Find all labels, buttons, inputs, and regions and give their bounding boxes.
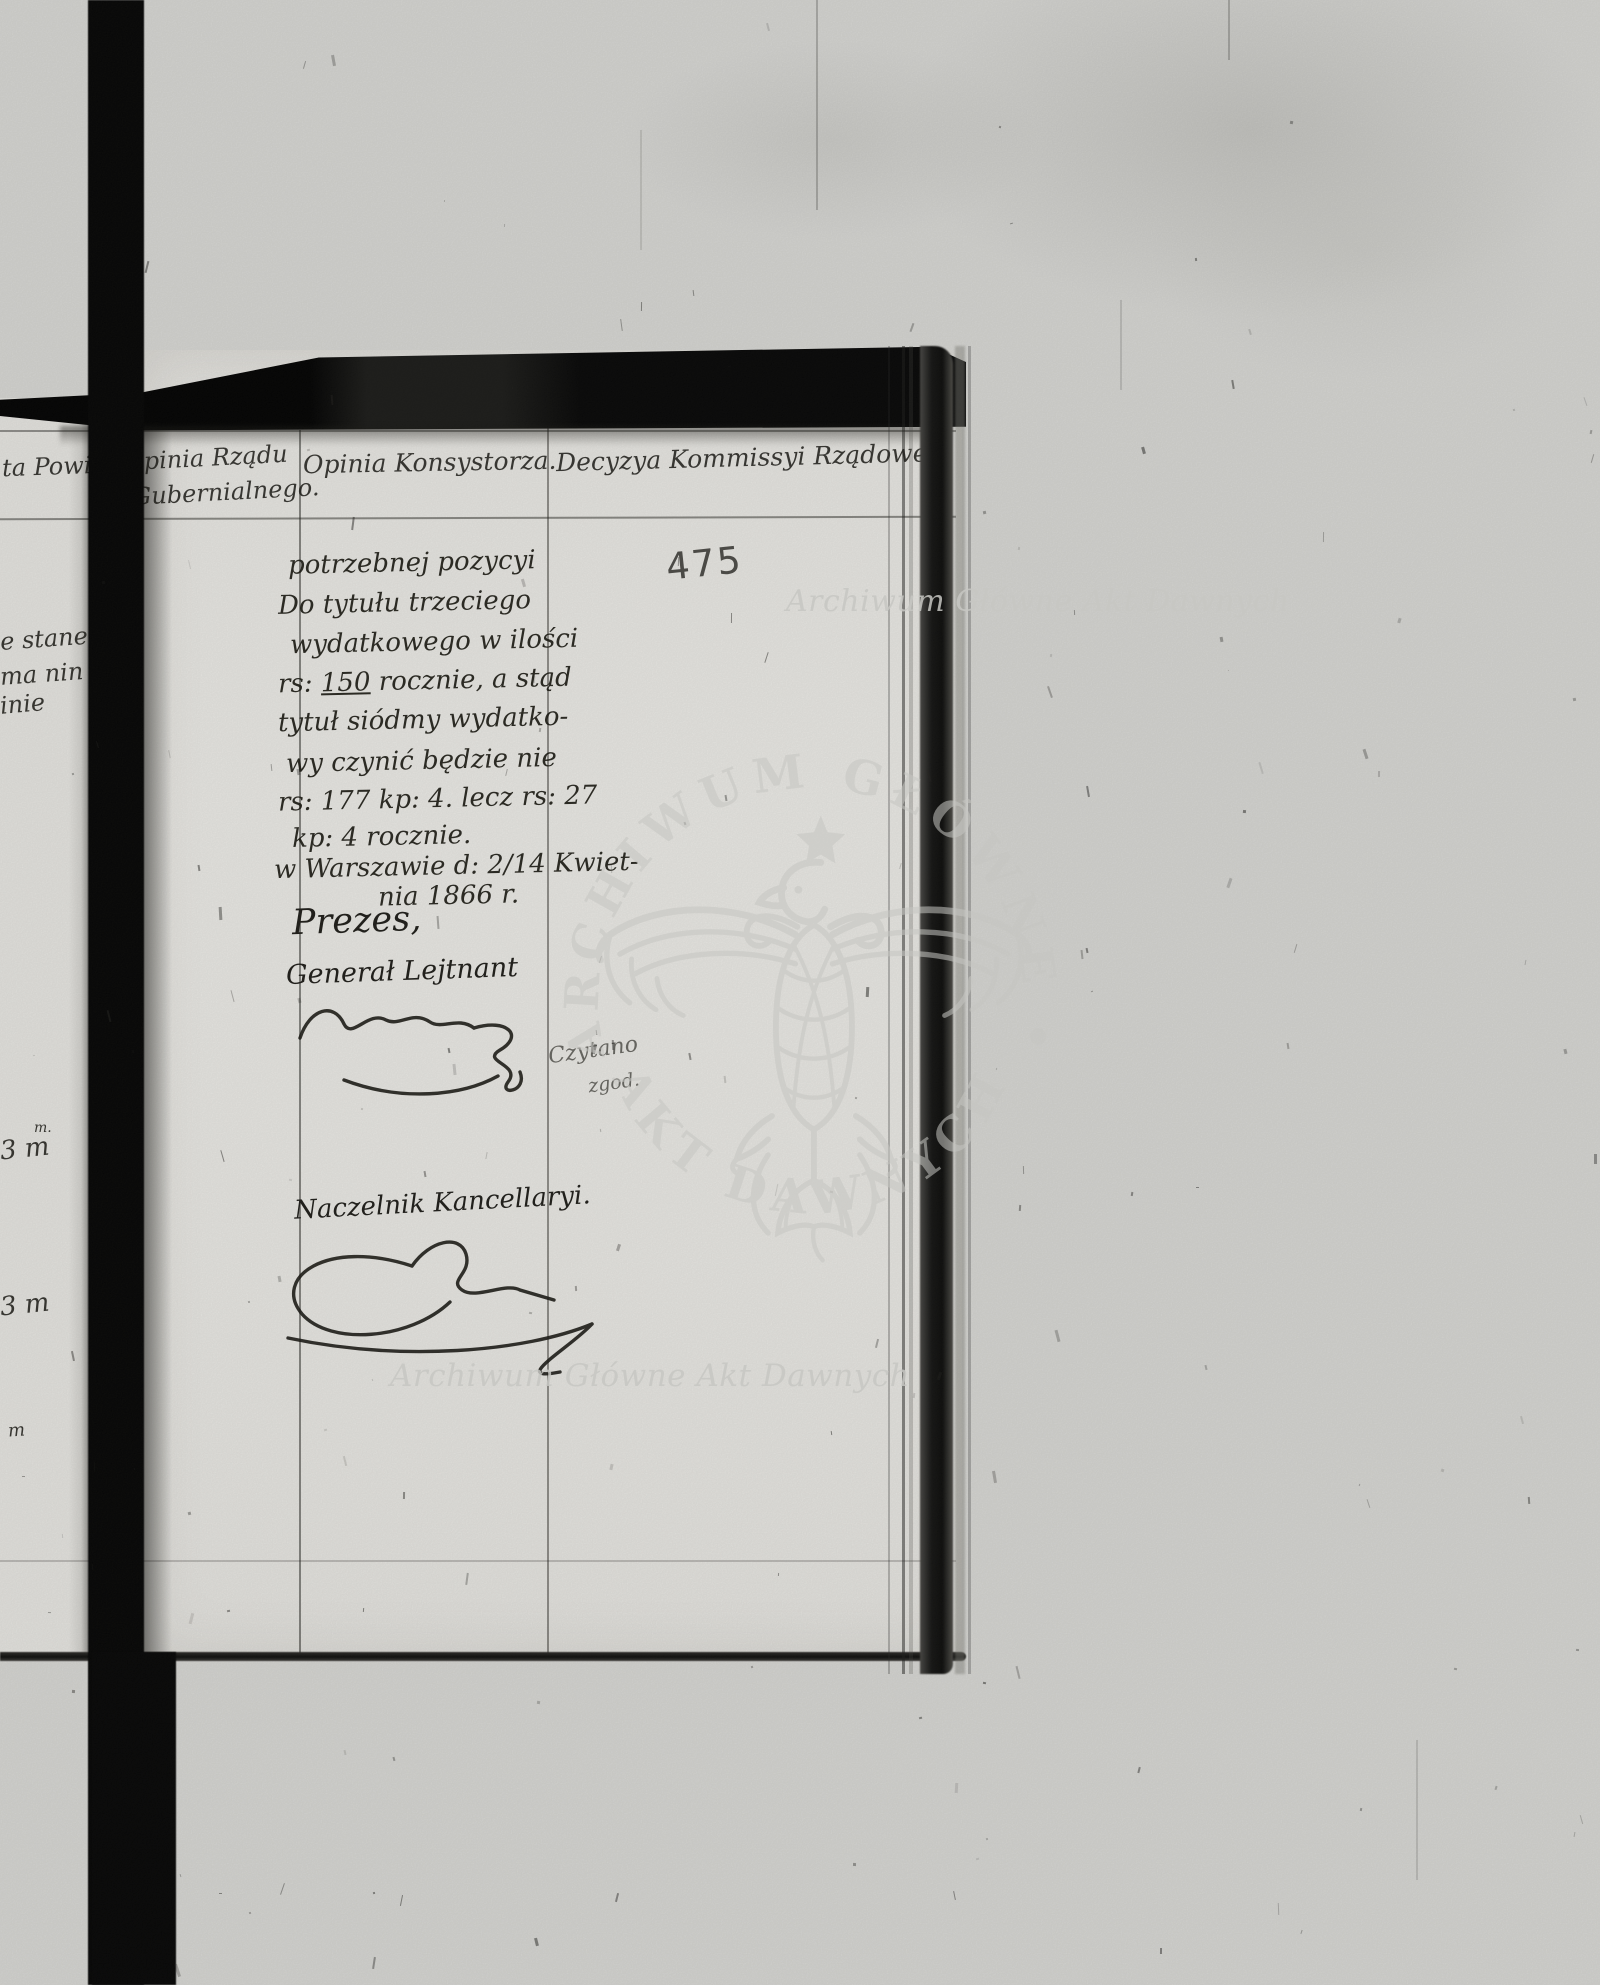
top-edge-smudge: [60, 426, 950, 446]
archive-watermark-text-bottom: Archiwum Główne Akt Dawnych: [390, 1358, 910, 1394]
entry-line: wy czynić będzie nie: [286, 743, 557, 779]
film-scratch: [640, 130, 642, 250]
left-page-text-fragment: ma nin: [0, 657, 84, 691]
archive-stamp-watermark: ARCHIWUM GŁÓWNE • AKT DAWNYCH: [538, 724, 1084, 1270]
film-scratch: [1228, 0, 1230, 60]
svg-text:AKT DAWNYCH: AKT DAWNYCH: [601, 1058, 1021, 1227]
entry-line: potrzebnej pozycyi: [288, 545, 536, 581]
left-page-text-fragment: m: [7, 1419, 26, 1441]
column-header-konsystorz: Opinia Konsystorza.: [303, 446, 557, 479]
gutter-shadow: [142, 418, 172, 1658]
stamp-arc-bottom-text: AKT DAWNYCH: [601, 1058, 1021, 1227]
president-signature: [292, 980, 548, 1106]
president-title: Prezes,: [291, 899, 422, 943]
entry-line: kp: 4 rocznie.: [292, 820, 472, 854]
left-page-text-fragment: 3 m: [0, 1131, 51, 1166]
paper-mottle: [900, 0, 1600, 320]
film-scratch: [816, 0, 818, 210]
entry-line: Do tytułu trzeciego: [278, 585, 532, 621]
film-edge-bar-bottom: [92, 1652, 176, 1985]
svg-text:ARCHIWUM GŁÓWNE •: ARCHIWUM GŁÓWNE •: [554, 743, 1067, 1064]
paper-mottle: [1150, 120, 1570, 380]
left-page-text-fragment: inie: [0, 688, 46, 720]
page-number: 475: [664, 538, 745, 589]
archive-watermark-text-top: Archiwum Główne Akt Dawnych: [786, 584, 1290, 619]
film-scratch: [1120, 300, 1122, 390]
paper-mottle: [620, 40, 1040, 240]
film-scratch: [1416, 1740, 1418, 1880]
stamp-arc-top-text: ARCHIWUM GŁÓWNE •: [554, 743, 1067, 1064]
left-page-strip: [0, 398, 88, 1654]
archival-scan-photo: e stanem ma nin inie m. 3 m 3 m m ta Pow…: [0, 0, 1600, 1985]
left-page-text-fragment: 3 m: [0, 1287, 51, 1322]
